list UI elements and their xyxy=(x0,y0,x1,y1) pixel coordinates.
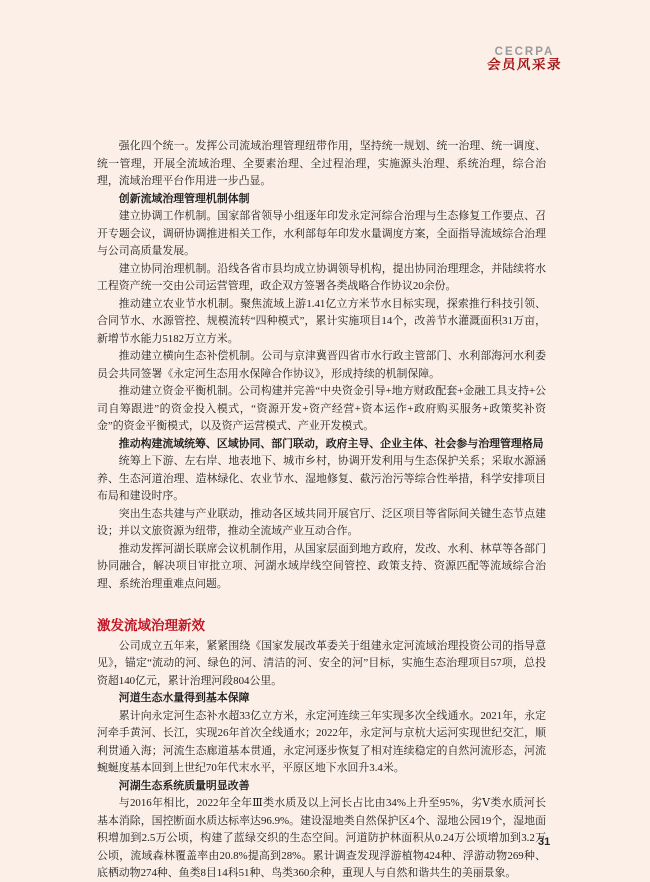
sub-heading: 创新流域治理管理机制体制 xyxy=(97,191,546,209)
paragraph: 建立协同治理机制。沿线各省市县均成立协调领导机构，提出协同治理理念，并陆续将水工… xyxy=(97,261,546,296)
paragraph: 推动建立资金平衡机制。公司构建并完善“中央资金引导+地方财政配套+金融工具支持+… xyxy=(97,383,546,436)
paragraph: 突出生态共建与产业联动，推动各区域共同开展官厅、泛区项目等省际间关键生态节点建设… xyxy=(97,506,546,541)
sub-heading: 河道生态水量得到基本保障 xyxy=(97,690,546,708)
document-page: CECRPA 会员风采录 强化四个统一。发挥公司流域治理管理纽带作用，坚持统一规… xyxy=(0,0,650,882)
logo-calligraphy-text: 会员风采录 xyxy=(487,58,563,72)
page-number: 31 xyxy=(538,836,550,848)
paragraph: 公司成立五年来，紧紧围绕《国家发展改革委关于组建永定河流域治理投资公司的指导意见… xyxy=(97,638,546,691)
paragraph: 统筹上下游、左右岸、地表地下、城市乡村，协调开发利用与生态保护关系；采取水源涵养… xyxy=(97,453,546,506)
paragraph: 强化四个统一。发挥公司流域治理管理纽带作用，坚持统一规划、统一治理、统一调度、统… xyxy=(97,138,546,191)
paragraph: 推动发挥河湖长联席会议机制作用，从国家层面到地方政府，发改、水利、林草等各部门协… xyxy=(97,541,546,594)
paragraph: 与2016年相比，2022年全年Ⅲ类水质及以上河长占比由34%上升至95%，劣Ⅴ… xyxy=(97,795,546,882)
sub-heading: 河湖生态系统质量明显改善 xyxy=(97,778,546,796)
sub-heading: 推动构建流域统筹、区域协同、部门联动，政府主导、企业主体、社会参与治理管理格局 xyxy=(97,436,546,454)
header-logo: CECRPA 会员风采录 xyxy=(487,46,562,72)
paragraph: 推动建立横向生态补偿机制。公司与京津冀晋四省市水行政主管部门、水利部海河水利委员… xyxy=(97,348,546,383)
article: 强化四个统一。发挥公司流域治理管理纽带作用，坚持统一规划、统一治理、统一调度、统… xyxy=(97,138,546,882)
paragraph: 累计向永定河生态补水超33亿立方米，永定河连续三年实现多次全线通水。2021年，… xyxy=(97,708,546,778)
paragraph: 建立协调工作机制。国家部省领导小组逐年印发永定河综合治理与生态修复工作要点、召开… xyxy=(97,208,546,261)
paragraph: 推动建立农业节水机制。聚焦流域上游1.41亿立方米节水目标实现，探索推行科技引领… xyxy=(97,296,546,349)
section-heading: 激发流域治理新效 xyxy=(97,617,546,635)
